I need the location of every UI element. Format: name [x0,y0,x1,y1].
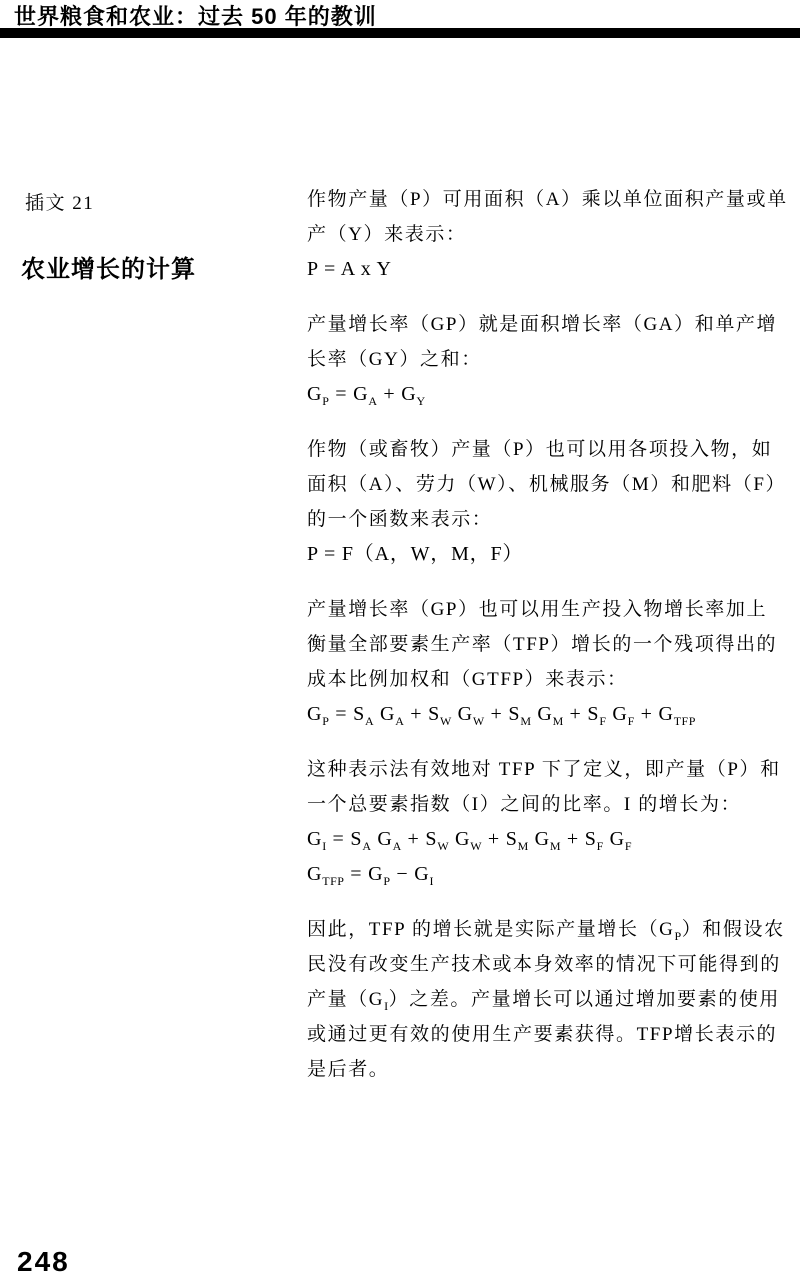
text-line: 民没有改变生产技术或本身效率的情况下可能得到的 [307,947,795,982]
formula-subscript: F [599,714,606,728]
running-head-title: 世界粮食和农业：过去 50 年的教训 [14,0,377,31]
formula-subscript: F [628,714,635,728]
text-line: 产量（GI）之差。产量增长可以通过增加要素的使用 [307,982,795,1017]
text-line: 成本比例加权和（GTFP）来表示： [307,662,795,697]
formula-subscript: P [322,394,329,408]
paragraph: 作物产量（P）可用面积（A）乘以单位面积产量或单产（Y）来表示：P = A x … [307,182,795,287]
formula-subscript: W [440,714,452,728]
text-line: 作物产量（P）可用面积（A）乘以单位面积产量或单 [307,182,795,217]
formula-line: P = F（A，W，M，F） [307,537,795,572]
formula-subscript: W [473,714,485,728]
box-title: 农业增长的计算 [21,249,196,284]
formula-subscript: TFP [674,714,696,728]
page-number: 248 [17,1246,70,1278]
text-line: 或通过更有效的使用生产要素获得。TFP增长表示的 [307,1017,795,1052]
text-line: 作物（或畜牧）产量（P）也可以用各项投入物，如 [307,432,795,467]
text-line: 产量增长率（GP）就是面积增长率（GA）和单产增 [307,307,795,342]
text-line: 产量增长率（GP）也可以用生产投入物增长率加上 [307,592,795,627]
formula-subscript: F [597,839,604,853]
formula-line: GP = SA GA + SW GW + SM GM + SF GF + GTF… [307,697,795,732]
text-line: 产（Y）来表示： [307,217,795,252]
formula-subscript: M [520,714,531,728]
paragraph: 这种表示法有效地对 TFP 下了定义，即产量（P）和一个总要素指数（I）之间的比… [307,752,795,892]
formula-subscript: A [368,394,377,408]
formula-subscript: Y [416,394,425,408]
paragraph: 产量增长率（GP）就是面积增长率（GA）和单产增长率（GY）之和：GP = GA… [307,307,795,412]
formula-subscript: I [322,839,327,853]
box-number-label: 插文 21 [25,188,94,215]
paragraph: 作物（或畜牧）产量（P）也可以用各项投入物，如面积（A）、劳力（W）、机械服务（… [307,432,795,572]
text-line: 这种表示法有效地对 TFP 下了定义，即产量（P）和 [307,752,795,787]
text-line: 是后者。 [307,1052,795,1087]
paragraph: 产量增长率（GP）也可以用生产投入物增长率加上衡量全部要素生产率（TFP）增长的… [307,592,795,732]
formula-subscript: P [383,874,390,888]
formula-subscript: P [675,929,682,943]
text-line: 衡量全部要素生产率（TFP）增长的一个残项得出的 [307,627,795,662]
formula-subscript: A [365,714,374,728]
text-line: 面积（A）、劳力（W）、机械服务（M）和肥料（F） [307,467,795,502]
formula-subscript: F [625,839,632,853]
formula-line: GTFP = GP − GI [307,857,795,892]
body-text-column: 作物产量（P）可用面积（A）乘以单位面积产量或单产（Y）来表示：P = A x … [307,182,795,1107]
text-line: 的一个函数来表示： [307,502,795,537]
formula-subscript: I [430,874,435,888]
text-line: 因此，TFP 的增长就是实际产量增长（GP）和假设农 [307,912,795,947]
text-line: 长率（GY）之和： [307,342,795,377]
formula-subscript: P [322,714,329,728]
formula-line: P = A x Y [307,252,795,287]
document-page: 世界粮食和农业：过去 50 年的教训 插文 21 农业增长的计算 作物产量（P）… [0,0,800,1285]
formula-subscript: I [384,999,389,1013]
formula-subscript: M [553,714,564,728]
formula-line: GP = GA + GY [307,377,795,412]
formula-line: GI = SA GA + SW GW + SM GM + SF GF [307,822,795,857]
header-rule [0,28,800,38]
formula-subscript: A [395,714,404,728]
paragraph: 因此，TFP 的增长就是实际产量增长（GP）和假设农民没有改变生产技术或本身效率… [307,912,795,1087]
formula-subscript: A [362,839,371,853]
formula-subscript: TFP [322,874,344,888]
formula-subscript: W [437,839,449,853]
formula-subscript: M [550,839,561,853]
formula-subscript: W [470,839,482,853]
formula-subscript: M [518,839,529,853]
formula-subscript: A [393,839,402,853]
text-line: 一个总要素指数（I）之间的比率。I 的增长为： [307,787,795,822]
